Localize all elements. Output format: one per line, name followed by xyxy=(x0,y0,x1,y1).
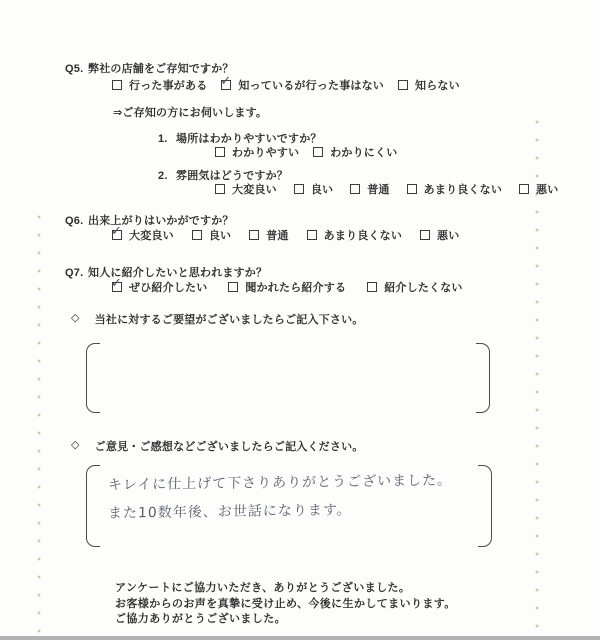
q5-sub2-number: 2. xyxy=(158,170,170,182)
option-label: あまり良くない xyxy=(424,181,502,197)
checkbox-unchecked[interactable] xyxy=(407,184,417,194)
q5-sub2-option-1: 大変良い xyxy=(215,181,277,197)
option-label: わかりにくい xyxy=(330,144,397,160)
q5-sub1-number: 1. xyxy=(158,133,170,145)
checkbox-unchecked[interactable] xyxy=(215,147,225,157)
q6-option-5: 悪い xyxy=(420,227,459,243)
perforation-dots-right xyxy=(535,120,539,640)
q5-sub2-option-5: 悪い xyxy=(519,181,558,197)
feedback-prompt-text: ご意見・ご感想などございましたらご記入ください。 xyxy=(95,438,364,454)
q7-number: Q7. xyxy=(65,267,85,279)
checkbox-unchecked[interactable] xyxy=(313,147,323,157)
q5-option-2: 知っているが行った事はない xyxy=(221,77,384,93)
option-label: 知らない xyxy=(415,77,460,93)
perforation-dots-left xyxy=(37,215,41,640)
q6-options: 大変良い 良い 普通 あまり良くない 悪い xyxy=(112,227,459,243)
q6-option-1: 大変良い xyxy=(112,227,174,243)
checkbox-unchecked[interactable] xyxy=(350,184,360,194)
q7-title: Q7.知人に紹介したいと思われますか？ xyxy=(65,264,267,280)
q5-sub2-option-4: あまり良くない xyxy=(407,181,502,197)
option-label: 良い xyxy=(209,227,231,243)
diamond-icon: ◇ xyxy=(71,311,80,327)
q5-sub1-options: わかりやすい わかりにくい xyxy=(215,144,397,160)
diamond-icon: ◇ xyxy=(71,438,80,454)
q7-option-3: 紹介したくない xyxy=(367,279,462,295)
checkbox-unchecked[interactable] xyxy=(192,230,202,240)
q7-option-2: 聞かれたら紹介する xyxy=(228,279,346,295)
option-label: 大変良い xyxy=(129,227,174,243)
feedback-section-prompt: ◇ ご意見・ご感想などございましたらご記入ください。 xyxy=(71,438,363,454)
q5-title: Q5.弊社の店舗をご存知ですか？ xyxy=(65,60,234,76)
scan-edge-bar xyxy=(0,636,600,640)
checkbox-unchecked[interactable] xyxy=(112,80,122,90)
option-label: 悪い xyxy=(536,181,558,197)
right-bracket xyxy=(476,343,490,413)
checkbox-unchecked[interactable] xyxy=(307,230,317,240)
footer-line-2: お客様からのお声を真摯に受け止め、今後に生かしてまいります。 xyxy=(115,597,456,613)
q5-sub2-option-2: 良い xyxy=(294,181,333,197)
checkbox-unchecked[interactable] xyxy=(367,282,377,292)
q6-question-text: 出来上がりはいかがですか？ xyxy=(88,215,234,227)
q5-option-1: 行った事がある xyxy=(112,77,207,93)
q5-option-3: 知らない xyxy=(398,77,460,93)
q6-title: Q6.出来上がりはいかがですか？ xyxy=(65,212,234,228)
checkbox-unchecked[interactable] xyxy=(249,230,259,240)
checkbox-unchecked[interactable] xyxy=(294,184,304,194)
option-label: 大変良い xyxy=(232,181,277,197)
q6-option-2: 良い xyxy=(192,227,231,243)
request-section-prompt: ◇ 当社に対するご要望がございましたらご記入下さい。 xyxy=(71,311,363,327)
q5-sub2-option-3: 普通 xyxy=(350,181,389,197)
checkbox-unchecked[interactable] xyxy=(215,184,225,194)
option-label: 知っているが行った事はない xyxy=(238,77,384,93)
checkbox-unchecked[interactable] xyxy=(398,80,408,90)
checkbox-unchecked[interactable] xyxy=(420,230,430,240)
footer-line-1: アンケートにご協力いただき、ありがとうございました。 xyxy=(115,581,456,597)
q6-number: Q6. xyxy=(65,215,85,227)
footer-thanks: アンケートにご協力いただき、ありがとうございました。 お客様からのお声を真摯に受… xyxy=(115,581,456,628)
q5-sub1-option-2: わかりにくい xyxy=(313,144,397,160)
q5-options: 行った事がある 知っているが行った事はない 知らない xyxy=(112,77,460,93)
option-label: 良い xyxy=(311,181,333,197)
q5-number: Q5. xyxy=(65,63,85,75)
option-label: 行った事がある xyxy=(129,77,207,93)
footer-line-3: ご協力ありがとうございました。 xyxy=(115,612,456,628)
checkbox-checked[interactable] xyxy=(112,282,122,292)
q6-option-3: 普通 xyxy=(249,227,288,243)
checkbox-checked[interactable] xyxy=(221,80,231,90)
checkbox-unchecked[interactable] xyxy=(519,184,529,194)
q6-option-4: あまり良くない xyxy=(307,227,402,243)
left-bracket xyxy=(86,465,100,547)
option-label: 普通 xyxy=(367,181,389,197)
q5-sub2-options: 大変良い 良い 普通 あまり良くない 悪い xyxy=(215,181,558,197)
q5-sub1-option-1: わかりやすい xyxy=(215,144,299,160)
checkbox-unchecked[interactable] xyxy=(228,282,238,292)
q7-option-1: ぜひ紹介したい xyxy=(112,279,207,295)
q5-followup-note: ⇒ご存知の方にお伺いします。 xyxy=(113,104,267,120)
checkbox-checked[interactable] xyxy=(112,230,122,240)
q7-options: ぜひ紹介したい 聞かれたら紹介する 紹介したくない xyxy=(112,279,463,295)
option-label: あまり良くない xyxy=(324,227,402,243)
request-response-box[interactable] xyxy=(86,343,490,413)
handwritten-response-line-2: また10数年後、お世話になります。 xyxy=(108,499,352,522)
option-label: ぜひ紹介したい xyxy=(129,279,207,295)
request-prompt-text: 当社に対するご要望がございましたらご記入下さい。 xyxy=(95,311,364,327)
right-bracket xyxy=(478,465,492,547)
option-label: 普通 xyxy=(266,227,288,243)
q5-question-text: 弊社の店舗をご存知ですか？ xyxy=(88,63,234,75)
option-label: 悪い xyxy=(437,227,459,243)
option-label: わかりやすい xyxy=(232,144,299,160)
option-label: 紹介したくない xyxy=(384,279,462,295)
left-bracket xyxy=(86,343,100,413)
survey-scan-page: Q5.弊社の店舗をご存知ですか？ 行った事がある 知っているが行った事はない 知… xyxy=(0,0,600,640)
option-label: 聞かれたら紹介する xyxy=(245,279,346,295)
